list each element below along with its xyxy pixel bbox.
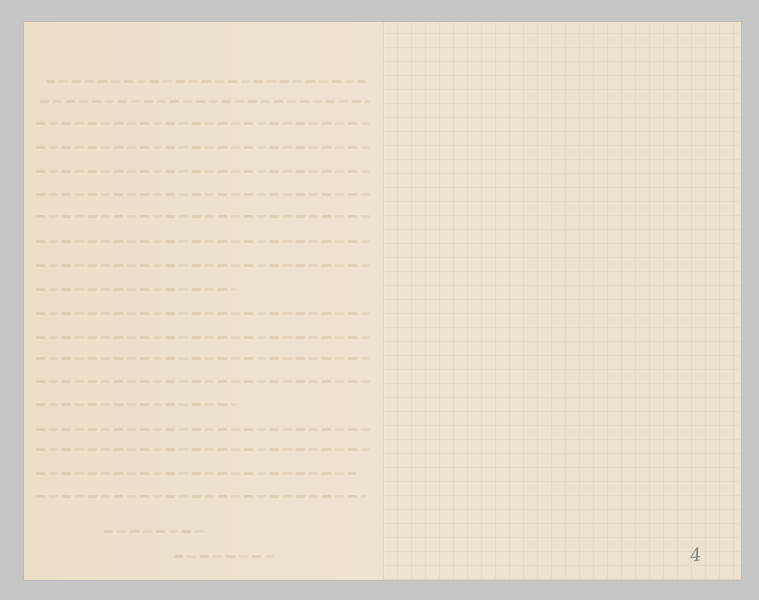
ink-show-through-line	[36, 357, 370, 360]
ink-show-through-line	[36, 193, 370, 196]
ink-show-through-line	[36, 122, 370, 125]
ink-show-through-line	[46, 80, 366, 83]
ink-show-through-line	[36, 336, 370, 339]
ink-show-through-line	[36, 495, 366, 498]
ink-show-through-line	[104, 530, 204, 533]
ink-show-through-line	[174, 555, 274, 558]
ink-show-through-line	[36, 428, 370, 431]
ink-show-through-line	[36, 240, 370, 243]
center-fold	[383, 22, 385, 580]
ink-show-through-line	[36, 380, 370, 383]
letter-sheet	[24, 22, 741, 580]
ink-show-through-line	[36, 215, 370, 218]
ink-show-through-line	[36, 403, 236, 406]
ink-show-through-line	[36, 264, 370, 267]
left-leaf	[24, 22, 383, 580]
ink-show-through-line	[36, 288, 236, 291]
ink-show-through-line	[36, 312, 370, 315]
ink-show-through-line	[40, 100, 370, 103]
ink-show-through-line	[36, 170, 370, 173]
right-leaf-grid	[383, 22, 741, 580]
ink-show-through-line	[36, 146, 370, 149]
ink-show-through-line	[36, 448, 370, 451]
ink-show-through-line	[36, 472, 356, 475]
